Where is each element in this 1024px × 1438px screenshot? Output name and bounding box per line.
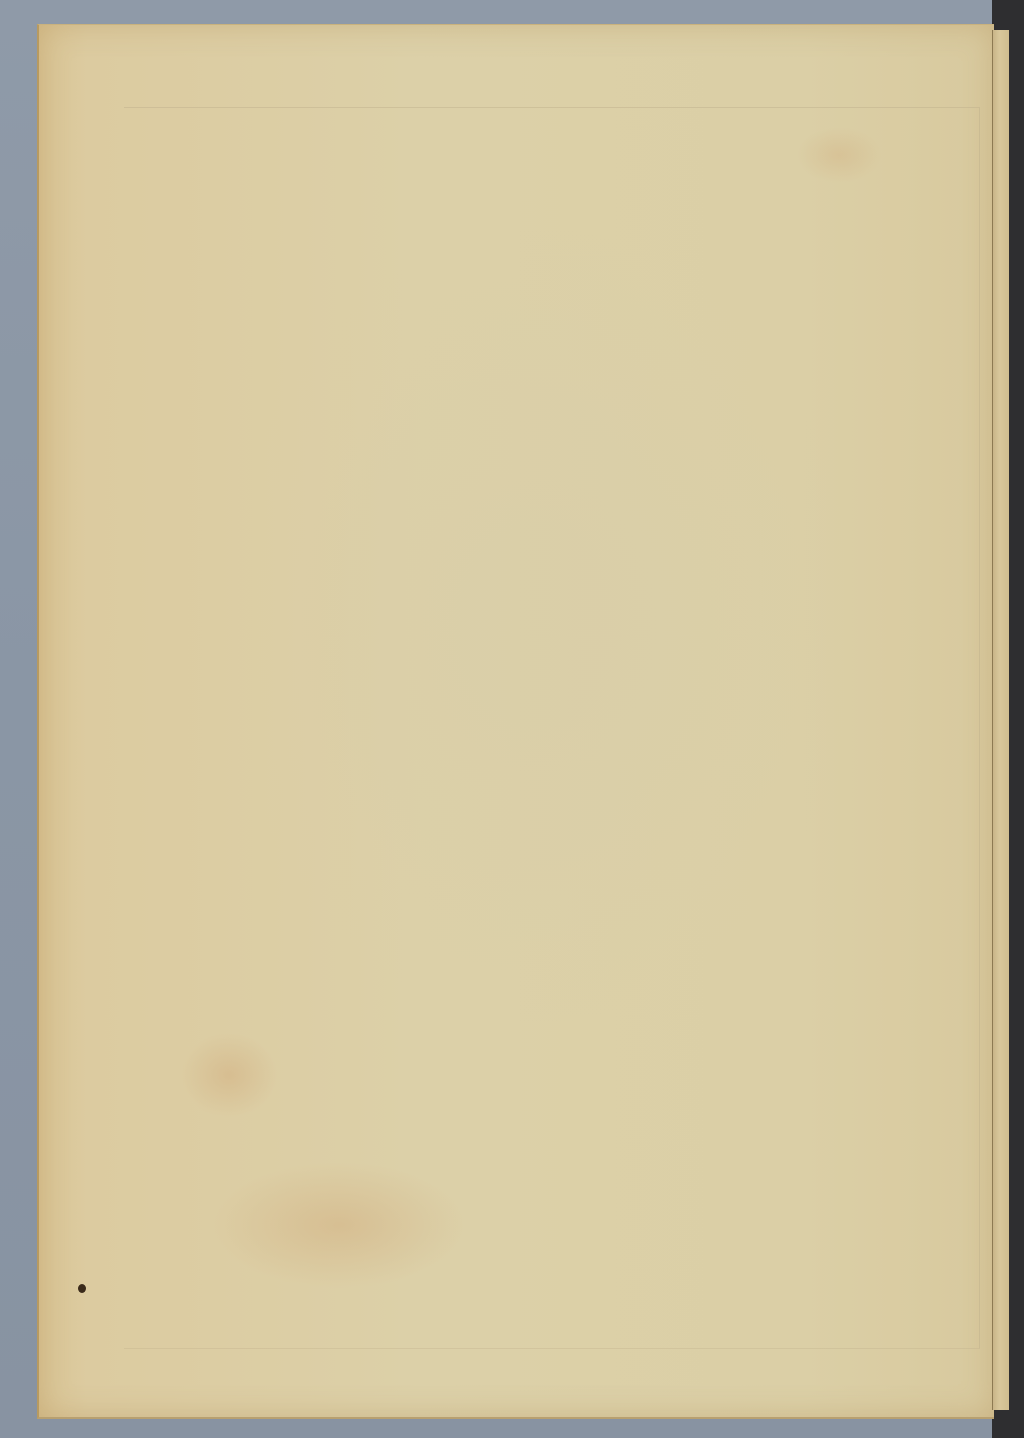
- blank-book-page: [37, 24, 994, 1419]
- plate-mark-outline: [124, 107, 980, 1349]
- ink-spot: [78, 1284, 86, 1293]
- adjacent-page-edge: [992, 30, 1009, 1410]
